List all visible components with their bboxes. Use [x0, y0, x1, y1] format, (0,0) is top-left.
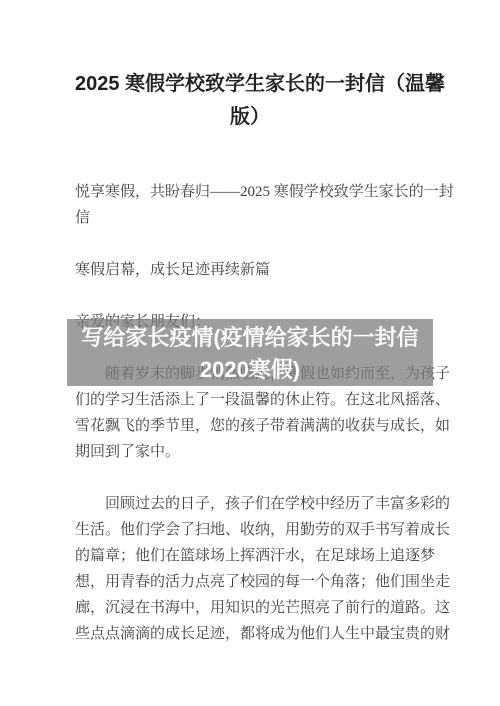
document-page: 2025 寒假学校致学生家长的一封信（温馨 版） 悦享寒假，共盼春归——2025… [0, 0, 500, 706]
document-title-line-1: 2025 寒假学校致学生家长的一封信（温馨 [75, 68, 425, 101]
overlay-title-line-1: 写给家长疫情(疫情给家长的一封信 [67, 322, 433, 354]
section-heading-paragraph: 寒假启幕，成长足迹再续新篇 [75, 257, 425, 283]
document-title-line-2: 版） [75, 101, 425, 134]
overlay-title-line-2: 2020寒假) [67, 354, 433, 386]
document-title: 2025 寒假学校致学生家长的一封信（温馨 版） [75, 68, 425, 134]
paragraph-line: 生活。他们学会了扫地、收纳，用勤劳的双手书写着成长 [75, 517, 425, 543]
paragraph-line: 期回到了家中。 [75, 439, 425, 465]
paragraph-line: 雪花飘飞的季节里，您的孩子带着满满的收获与成长，如 [75, 413, 425, 439]
paragraph-line: 悦享寒假，共盼春归——2025 寒假学校致学生家长的一封 [75, 179, 425, 205]
paragraph-line: 廊，沉浸在书海中，用知识的光芒照亮了前行的道路。这 [75, 595, 425, 621]
paragraph-line: 回顾过去的日子，孩子们在学校中经历了丰富多彩的 [75, 491, 425, 517]
paragraph-line: 想，用青春的活力点亮了校园的每一个角落；他们围坐走 [75, 569, 425, 595]
watermark-title-overlay: 写给家长疫情(疫情给家长的一封信 2020寒假) [67, 319, 433, 386]
paragraph-line: 们的学习生活添上了一段温馨的休止符。在这北风摇落、 [75, 387, 425, 413]
paragraph-line: 些点点滴滴的成长足迹，都将成为他们人生中最宝贵的财 [75, 621, 425, 647]
paragraph-line: 的篇章；他们在篮球场上挥洒汗水，在足球场上追逐梦 [75, 543, 425, 569]
subtitle-paragraph: 悦享寒假，共盼春归——2025 寒假学校致学生家长的一封 信 [75, 179, 425, 231]
body-paragraph-2: 回顾过去的日子，孩子们在学校中经历了丰富多彩的 生活。他们学会了扫地、收纳，用勤… [75, 491, 425, 647]
paragraph-line: 信 [75, 205, 425, 231]
paragraph-line: 寒假启幕，成长足迹再续新篇 [75, 257, 425, 283]
